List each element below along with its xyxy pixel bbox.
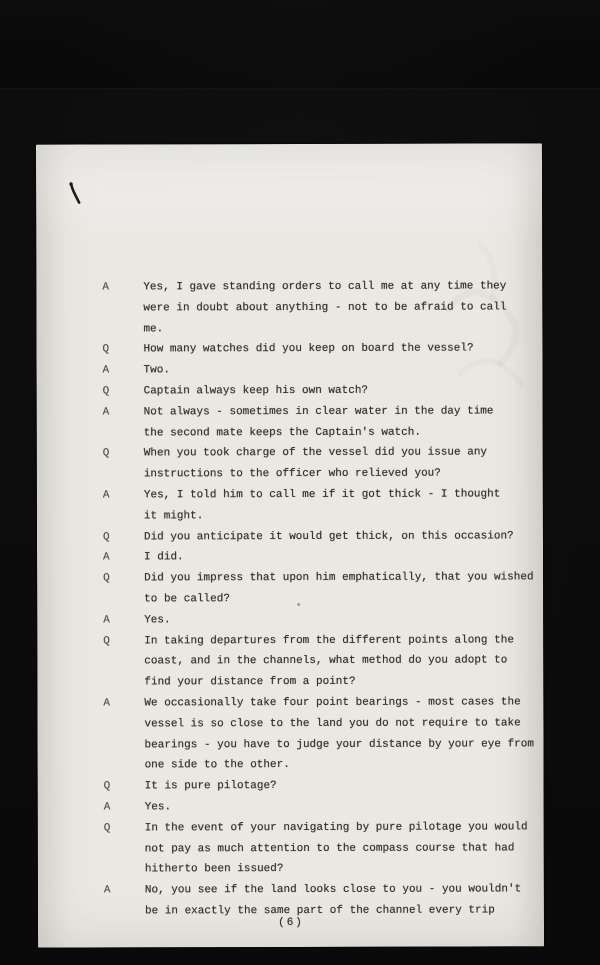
- scanner-background: A Yes, I gave standing orders to call me…: [0, 0, 600, 965]
- qa-entry: Q Did you anticipate it would get thick,…: [37, 526, 543, 548]
- scan-seam-line: [0, 88, 600, 90]
- qa-entry: A Two.: [37, 360, 543, 382]
- qa-text: How many watches did you keep on board t…: [143, 339, 539, 361]
- qa-text: Yes.: [144, 609, 540, 631]
- pen-tick-mark: [66, 181, 84, 209]
- qa-entry: A Yes.: [37, 609, 543, 631]
- speaker-label: Q: [103, 631, 144, 693]
- qa-entry: Q When you took charge of the vessel did…: [37, 443, 543, 486]
- speaker-label: A: [103, 402, 144, 444]
- speaker-label: A: [103, 548, 144, 569]
- speaker-label: A: [104, 797, 145, 818]
- page-number: (6): [38, 916, 544, 929]
- qa-text: When you took charge of the vessel did y…: [144, 443, 540, 486]
- speaker-label: A: [102, 277, 143, 339]
- qa-entry: Q Captain always keep his own watch?: [37, 380, 543, 402]
- qa-entry: Q How many watches did you keep on board…: [36, 339, 542, 361]
- speaker-label: A: [103, 361, 144, 382]
- qa-entry: A Yes.: [38, 796, 544, 818]
- speaker-label: A: [103, 693, 144, 776]
- speaker-label: A: [103, 485, 144, 527]
- qa-entry: Q Did you impress that upon him emphatic…: [37, 567, 543, 610]
- qa-text: Yes.: [145, 796, 541, 818]
- speaker-label: Q: [103, 569, 144, 611]
- qa-text: Did you impress that upon him emphatical…: [144, 568, 540, 611]
- speaker-label: Q: [103, 527, 144, 548]
- qa-entry: A Not always - sometimes in clear water …: [37, 401, 543, 444]
- qa-text: Did you anticipate it would get thick, o…: [144, 526, 540, 548]
- qa-entry: A Yes, I gave standing orders to call me…: [36, 276, 542, 340]
- qa-text: In the event of your navigating by pure …: [145, 817, 541, 880]
- qa-entry: A I did.: [37, 547, 543, 569]
- qa-text: It is pure pilotage?: [145, 775, 541, 797]
- qa-text: Yes, I told him to call me if it got thi…: [144, 484, 540, 527]
- qa-text: Captain always keep his own watch?: [144, 380, 540, 402]
- speaker-label: A: [104, 880, 145, 922]
- speaker-label: A: [103, 610, 144, 631]
- qa-text: We occasionally take four point bearings…: [144, 692, 540, 776]
- speaker-label: Q: [102, 340, 143, 361]
- qa-transcript: A Yes, I gave standing orders to call me…: [36, 276, 544, 922]
- speaker-label: Q: [103, 381, 144, 402]
- qa-entry: Q In the event of your navigating by pur…: [38, 817, 544, 881]
- qa-entry: Q It is pure pilotage?: [38, 775, 544, 797]
- qa-entry: Q In taking departures from the differen…: [37, 630, 543, 694]
- speaker-label: Q: [103, 444, 144, 486]
- qa-entry: A Yes, I told him to call me if it got t…: [37, 484, 543, 527]
- qa-entry: A We occasionally take four point bearin…: [37, 692, 543, 777]
- qa-text: Not always - sometimes in clear water in…: [144, 401, 540, 444]
- qa-text: Yes, I gave standing orders to call me a…: [143, 276, 539, 339]
- speaker-label: Q: [104, 818, 145, 880]
- qa-text: Two.: [144, 360, 540, 382]
- speaker-label: Q: [104, 777, 145, 798]
- qa-text: I did.: [144, 547, 540, 569]
- document-paper: A Yes, I gave standing orders to call me…: [36, 143, 544, 947]
- qa-text: In taking departures from the different …: [144, 630, 540, 693]
